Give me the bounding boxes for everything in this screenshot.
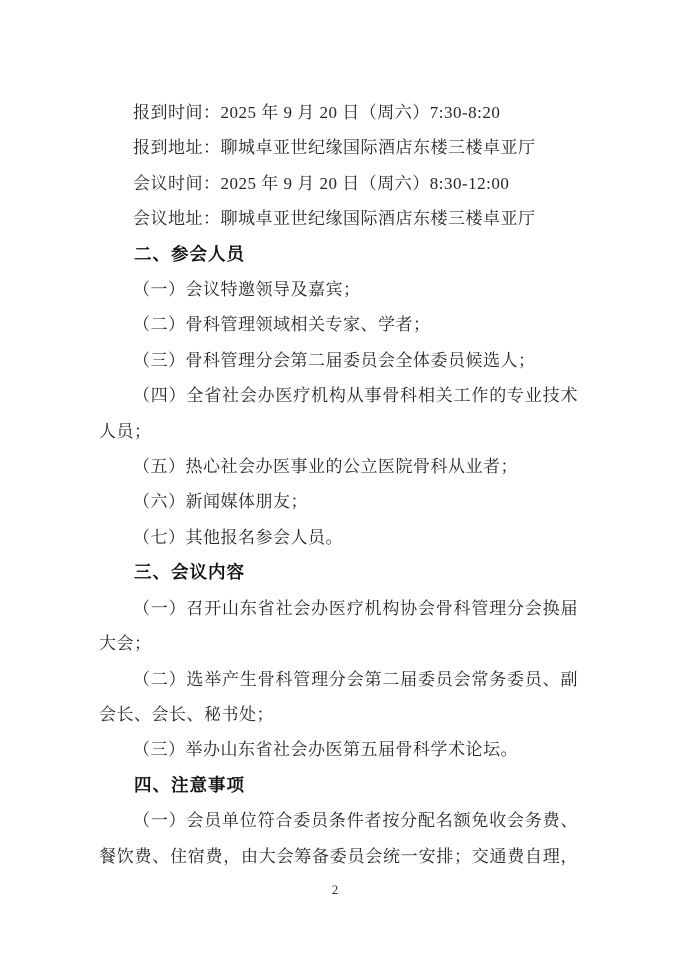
text-line: 大会； xyxy=(99,626,578,661)
text-line: 会长、会长、秘书处； xyxy=(99,697,578,732)
document-body: 报到时间：2025 年 9 月 20 日（周六）7:30-8:20报到地址：聊城… xyxy=(99,95,578,874)
text-line: 报到时间：2025 年 9 月 20 日（周六）7:30-8:20 xyxy=(99,95,578,130)
text-line: （四）全省社会办医疗机构从事骨科相关工作的专业技术 xyxy=(99,378,578,413)
text-line: （一）召开山东省社会办医疗机构协会骨科管理分会换届 xyxy=(99,591,578,626)
text-line: 会议时间：2025 年 9 月 20 日（周六）8:30-12:00 xyxy=(99,166,578,201)
text-line: （一）会议特邀领导及嘉宾； xyxy=(99,272,578,307)
text-line: 会议地址：聊城卓亚世纪缘国际酒店东楼三楼卓亚厅 xyxy=(99,201,578,236)
section-heading: 二、参会人员 xyxy=(99,237,578,272)
text-line: （一）会员单位符合委员条件者按分配名额免收会务费、 xyxy=(99,803,578,838)
page-number: 2 xyxy=(0,882,670,898)
text-line: 报到地址：聊城卓亚世纪缘国际酒店东楼三楼卓亚厅 xyxy=(99,130,578,165)
text-line: （三）举办山东省社会办医第五届骨科学术论坛。 xyxy=(99,732,578,767)
text-line: 人员； xyxy=(99,414,578,449)
text-line: （七）其他报名参会人员。 xyxy=(99,520,578,555)
text-line: （六）新闻媒体朋友； xyxy=(99,484,578,519)
section-heading: 三、会议内容 xyxy=(99,555,578,590)
text-line: （二）选举产生骨科管理分会第二届委员会常务委员、副 xyxy=(99,662,578,697)
section-heading: 四、注意事项 xyxy=(99,768,578,803)
text-line: （五）热心社会办医事业的公立医院骨科从业者； xyxy=(99,449,578,484)
text-line: 餐饮费、住宿费，由大会筹备委员会统一安排；交通费自理， xyxy=(99,839,578,874)
text-line: （三）骨科管理分会第二届委员会全体委员候选人； xyxy=(99,343,578,378)
document-page: 报到时间：2025 年 9 月 20 日（周六）7:30-8:20报到地址：聊城… xyxy=(0,0,677,957)
text-line: （二）骨科管理领域相关专家、学者； xyxy=(99,307,578,342)
